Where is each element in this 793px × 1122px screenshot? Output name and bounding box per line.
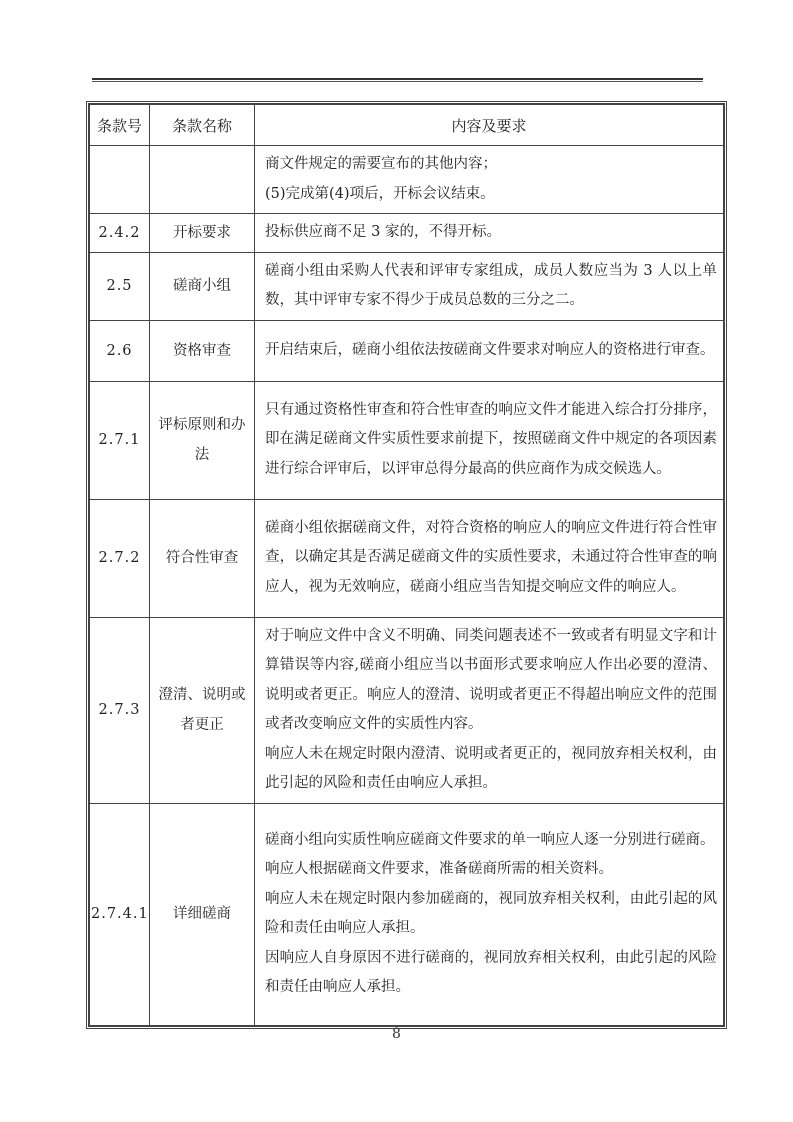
clause-name xyxy=(150,146,255,214)
clause-name: 符合性审查 xyxy=(150,499,255,617)
clause-no: 2.7.3 xyxy=(90,617,150,803)
clause-name: 澄清、说明或者更正 xyxy=(150,617,255,803)
clause-content: 对于响应文件中含义不明确、同类问题表述不一致或者有明显文字和计算错误等内容,磋商… xyxy=(255,617,724,803)
content-line: 磋商小组依据磋商文件，对符合资格的响应人的响应文件进行符合性审查，以确定其是否满… xyxy=(265,514,717,603)
content-line: 磋商小组由采购人代表和评审专家组成，成员人数应当为 3 人以上单数，其中评审专家… xyxy=(265,257,717,316)
clause-content: 磋商小组依据磋商文件，对符合资格的响应人的响应文件进行符合性审查，以确定其是否满… xyxy=(255,499,724,617)
content-line: 响应人未在规定时限内参加磋商的，视同放弃相关权利，由此引起的风险和责任由响应人承… xyxy=(265,885,717,944)
content-line: 磋商小组向实质性响应磋商文件要求的单一响应人逐一分别进行磋商。 xyxy=(265,826,717,856)
page-number: 8 xyxy=(0,1026,793,1042)
content-line: 响应人未在规定时限内澄清、说明或者更正的，视同放弃相关权利，由此引起的风险和责任… xyxy=(265,740,717,799)
clause-no: 2.7.2 xyxy=(90,499,150,617)
content-line: 只有通过资格性审查和符合性审查的响应文件才能进入综合打分排序，即在满足磋商文件实… xyxy=(265,396,717,485)
table-header-row: 条款号 条款名称 内容及要求 xyxy=(90,105,724,146)
table-row: 2.5 磋商小组 磋商小组由采购人代表和评审专家组成，成员人数应当为 3 人以上… xyxy=(90,252,724,320)
table-row: 2.7.1 评标原则和办法 只有通过资格性审查和符合性审查的响应文件才能进入综合… xyxy=(90,381,724,499)
clause-no: 2.6 xyxy=(90,320,150,381)
clause-content: 只有通过资格性审查和符合性审查的响应文件才能进入综合打分排序，即在满足磋商文件实… xyxy=(255,381,724,499)
clause-no xyxy=(90,146,150,214)
header-content: 内容及要求 xyxy=(255,105,724,146)
clause-content: 磋商小组向实质性响应磋商文件要求的单一响应人逐一分别进行磋商。 响应人根据磋商文… xyxy=(255,803,724,1025)
clause-table: 条款号 条款名称 内容及要求 商文件规定的需要宣布的其他内容； (5)完成第(4… xyxy=(86,101,727,1029)
clause-name: 开标要求 xyxy=(150,214,255,253)
clause-no: 2.7.4.1 xyxy=(90,803,150,1025)
clause-name: 详细磋商 xyxy=(150,803,255,1025)
clause-name: 资格审查 xyxy=(150,320,255,381)
table-row: 2.7.3 澄清、说明或者更正 对于响应文件中含义不明确、同类问题表述不一致或者… xyxy=(90,617,724,803)
table-row: 2.7.4.1 详细磋商 磋商小组向实质性响应磋商文件要求的单一响应人逐一分别进… xyxy=(90,803,724,1025)
content-line: 对于响应文件中含义不明确、同类问题表述不一致或者有明显文字和计算错误等内容,磋商… xyxy=(265,622,717,740)
table-row: 2.6 资格审查 开启结束后，磋商小组依法按磋商文件要求对响应人的资格进行审查。 xyxy=(90,320,724,381)
content-line: 响应人根据磋商文件要求，准备磋商所需的相关资料。 xyxy=(265,855,717,885)
clause-name: 磋商小组 xyxy=(150,252,255,320)
content-line: 因响应人自身原因不进行磋商的，视同放弃相关权利，由此引起的风险和责任由响应人承担… xyxy=(265,944,717,1003)
clause-content: 投标供应商不足 3 家的，不得开标。 xyxy=(255,214,724,253)
content-line: 商文件规定的需要宣布的其他内容； xyxy=(265,150,717,180)
clause-name: 评标原则和办法 xyxy=(150,381,255,499)
content-line: 投标供应商不足 3 家的，不得开标。 xyxy=(265,218,717,248)
table-row: 2.4.2 开标要求 投标供应商不足 3 家的，不得开标。 xyxy=(90,214,724,253)
content-line: (5)完成第(4)项后，开标会议结束。 xyxy=(265,180,717,210)
table-row: 2.7.2 符合性审查 磋商小组依据磋商文件，对符合资格的响应人的响应文件进行符… xyxy=(90,499,724,617)
header-clause-no: 条款号 xyxy=(90,105,150,146)
clause-no: 2.4.2 xyxy=(90,214,150,253)
clause-no: 2.7.1 xyxy=(90,381,150,499)
header-clause-name: 条款名称 xyxy=(150,105,255,146)
clause-content: 开启结束后，磋商小组依法按磋商文件要求对响应人的资格进行审查。 xyxy=(255,320,724,381)
clause-content: 商文件规定的需要宣布的其他内容； (5)完成第(4)项后，开标会议结束。 xyxy=(255,146,724,214)
clause-content: 磋商小组由采购人代表和评审专家组成，成员人数应当为 3 人以上单数，其中评审专家… xyxy=(255,252,724,320)
header-rule xyxy=(92,78,703,82)
table-row: 商文件规定的需要宣布的其他内容； (5)完成第(4)项后，开标会议结束。 xyxy=(90,146,724,214)
content-line: 开启结束后，磋商小组依法按磋商文件要求对响应人的资格进行审查。 xyxy=(265,336,717,366)
clause-no: 2.5 xyxy=(90,252,150,320)
